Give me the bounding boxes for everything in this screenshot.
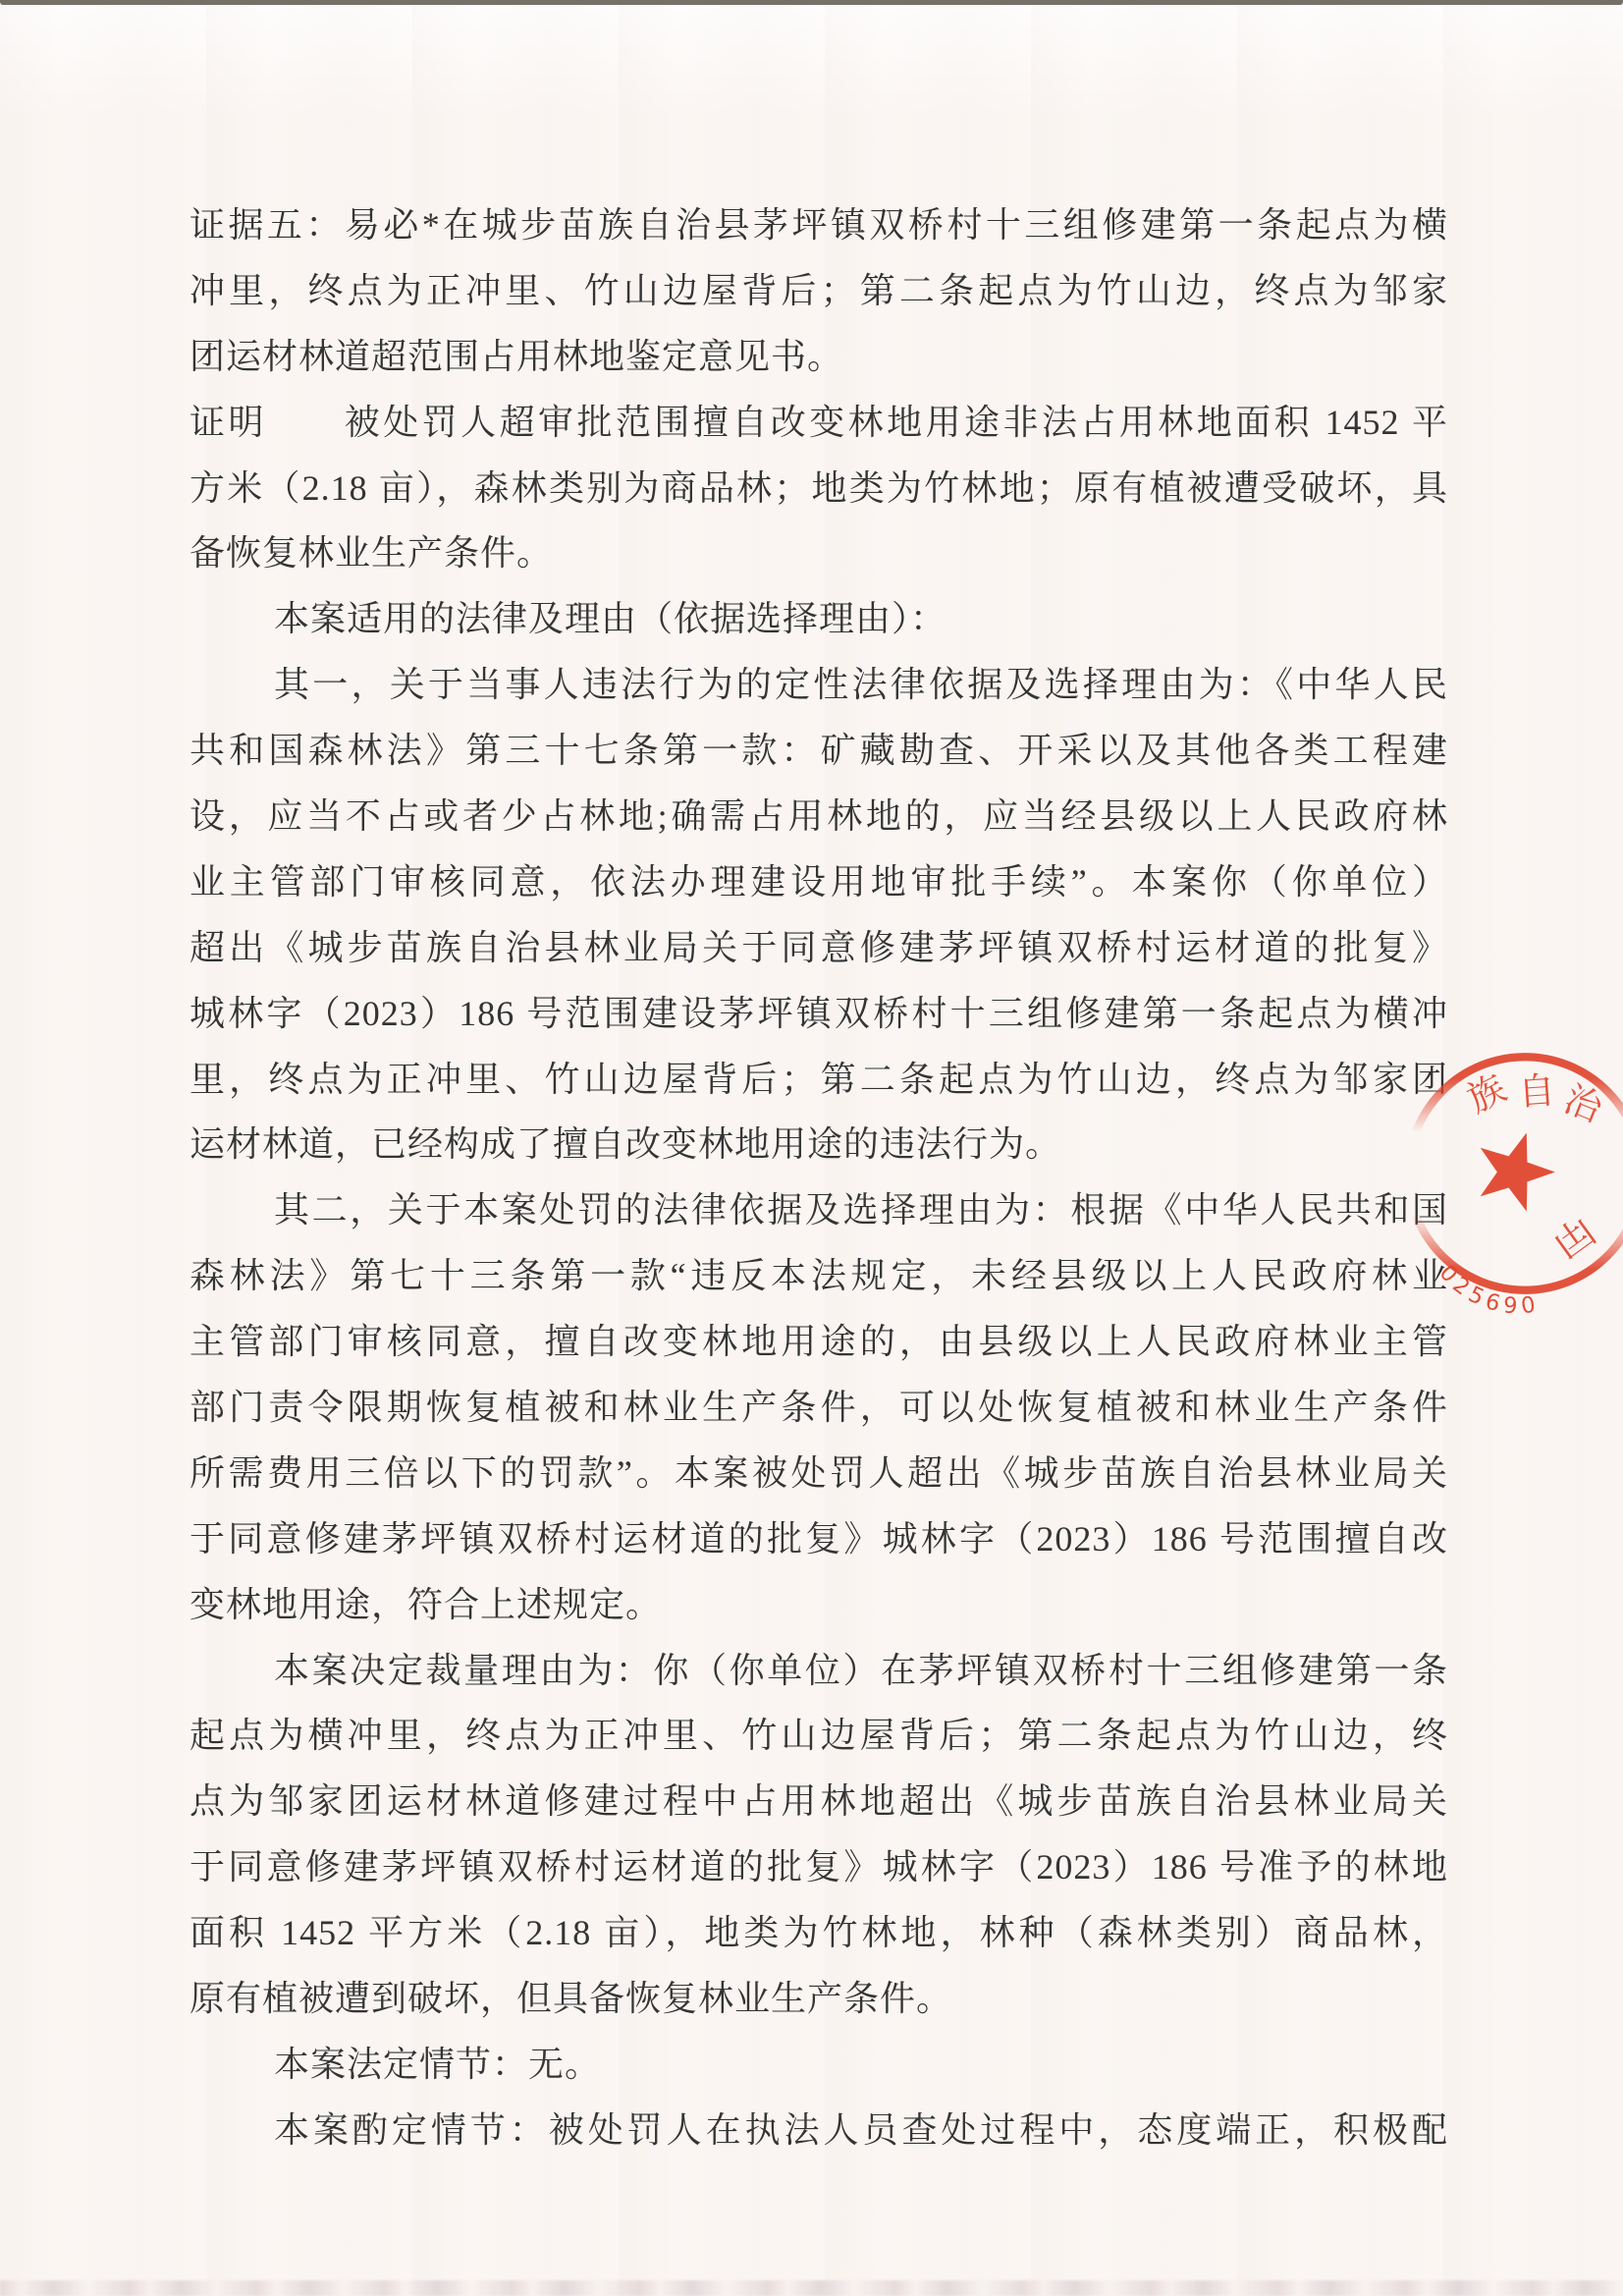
document-line: 运材林道，已经构成了擅自改变林地用途的违法行为。 [189, 1112, 1448, 1177]
document-line: 于同意修建茅坪镇双桥村运材道的批复》城林字（2023）186 号范围擅自改 [189, 1506, 1448, 1572]
document-line: 业主管部门审核同意，依法办理建设用地审批手续”。本案你（你单位） [189, 849, 1448, 915]
scan-top-edge [0, 0, 1623, 5]
document-line: 城林字（2023）186 号范围建设茅坪镇双桥村十三组修建第一条起点为横冲 [189, 981, 1448, 1047]
document-line: 其一，关于当事人违法行为的定性法律依据及选择理由为：《中华人民 [189, 652, 1448, 718]
document-line: 冲里，终点为正冲里、竹山边屋背后；第二条起点为竹山边，终点为邹家 [189, 258, 1448, 324]
document-body-text: 证据五：易必*在城步苗族自治县茅坪镇双桥村十三组修建第一条起点为横冲里，终点为正… [189, 192, 1448, 2163]
document-line: 原有植被遭到破坏，但具备恢复林业生产条件。 [189, 1966, 1448, 2032]
document-line: 超出《城步苗族自治县林业局关于同意修建茅坪镇双桥村运材道的批复》 [189, 915, 1448, 981]
document-line: 点为邹家团运材林道修建过程中占用林地超出《城步苗族自治县林业局关 [189, 1769, 1448, 1834]
document-line: 团运材林道超范围占用林地鉴定意见书。 [189, 324, 1448, 390]
scan-bottom-edge [0, 2280, 1623, 2296]
document-line: 起点为横冲里，终点为正冲里、竹山边屋背后；第二条起点为竹山边，终 [189, 1703, 1448, 1769]
document-line: 本案酌定情节：被处罚人在执法人员查处过程中，态度端正，积极配 [189, 2098, 1448, 2163]
document-line: 变林地用途，符合上述规定。 [189, 1572, 1448, 1638]
document-line: 设，应当不占或者少占林地;确需占用林地的，应当经县级以上人民政府林 [189, 784, 1448, 849]
document-line: 备恢复林业生产条件。 [189, 520, 1448, 586]
document-line: 里，终点为正冲里、竹山边屋背后；第二条起点为竹山边，终点为邹家团 [189, 1047, 1448, 1113]
stamp-char-zu: 族 [1461, 1068, 1512, 1121]
document-line: 其二，关于本案处罚的法律依据及选择理由为：根据《中华人民共和国 [189, 1177, 1448, 1243]
document-line: 森林法》第七十三条第一款“违反本法规定，未经县级以上人民政府林业 [189, 1243, 1448, 1309]
document-line: 主管部门审核同意，擅自改变林地用途的，由县级以上人民政府林业主管 [189, 1309, 1448, 1375]
document-line: 共和国森林法》第三十七条第一款：矿藏勘查、开采以及其他各类工程建 [189, 718, 1448, 784]
document-line: 所需费用三倍以下的罚款”。本案被处罚人超出《城步苗族自治县林业局关 [189, 1441, 1448, 1506]
document-line: 部门责令限期恢复植被和林业生产条件，可以处恢复植被和林业生产条件 [189, 1375, 1448, 1441]
document-line: 方米（2.18 亩），森林类别为商品林；地类为竹林地；原有植被遭受破坏，具 [189, 456, 1448, 521]
stamp-char-zi: 自 [1517, 1071, 1556, 1115]
document-line: 证明 被处罚人超审批范围擅自改变林地用途非法占用林地面积 1452 平 [189, 390, 1448, 456]
stamp-star-icon [1466, 1121, 1564, 1216]
document-line: 本案适用的法律及理由（依据选择理由）： [189, 586, 1448, 652]
scanned-document-page: { "page": { "background": "#fbf6f3", "te… [0, 0, 1623, 2296]
document-line: 本案法定情节：无。 [189, 2032, 1448, 2098]
stamp-bottom-partial-char: 凷 [1547, 1211, 1603, 1268]
document-lines: 证据五：易必*在城步苗族自治县茅坪镇双桥村十三组修建第一条起点为横冲里，终点为正… [189, 192, 1448, 2163]
stamp-char-zhi-partial: 治 [1558, 1079, 1609, 1131]
document-line: 本案决定裁量理由为：你（你单位）在茅坪镇双桥村十三组修建第一条 [189, 1638, 1448, 1704]
document-line: 面积 1452 平方米（2.18 亩），地类为竹林地，林种（森林类别）商品林， [189, 1900, 1448, 1966]
document-line: 证据五：易必*在城步苗族自治县茅坪镇双桥村十三组修建第一条起点为横 [189, 192, 1448, 258]
stamp-serial-number: 025690 [1434, 1260, 1542, 1319]
document-line: 于同意修建茅坪镇双桥村运材道的批复》城林字（2023）186 号准予的林地 [189, 1834, 1448, 1900]
